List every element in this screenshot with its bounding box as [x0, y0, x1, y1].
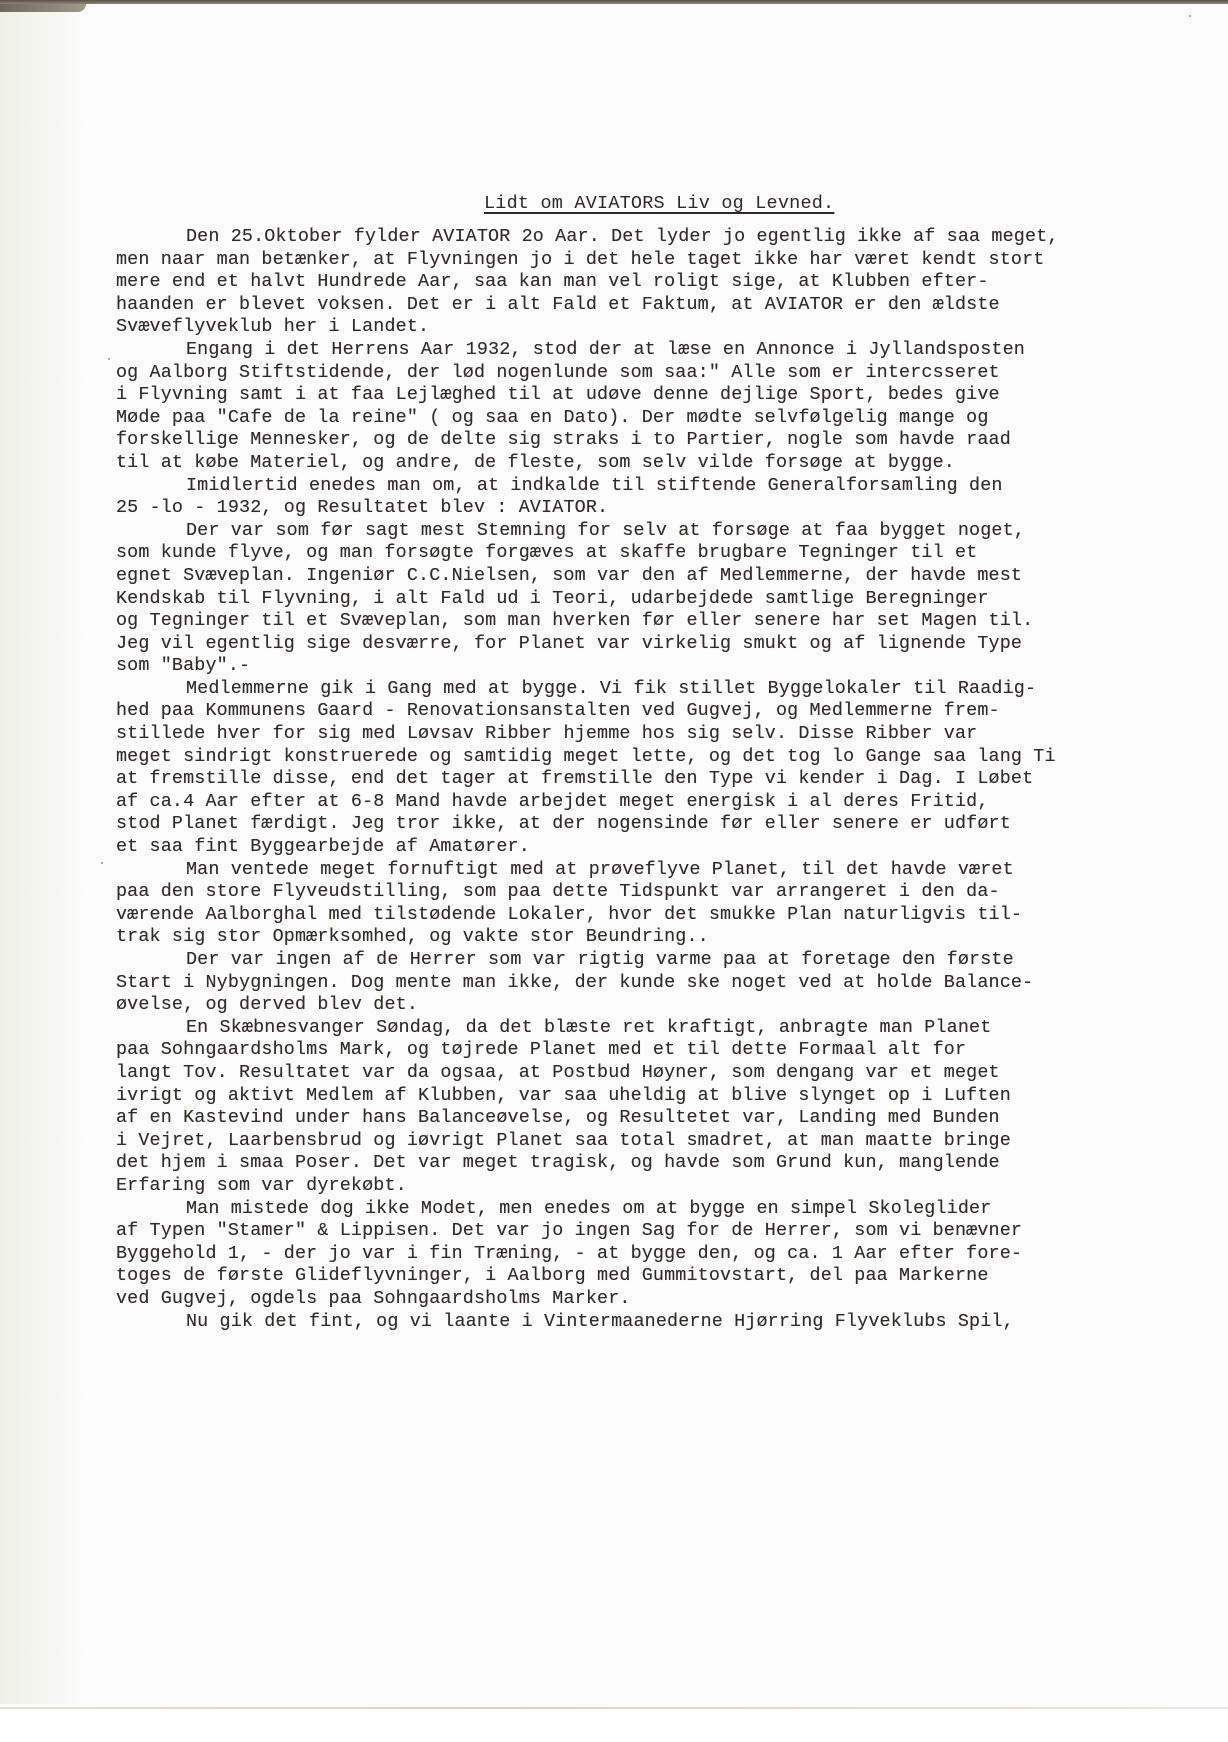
scan-speck: [1189, 15, 1191, 17]
text-line: toges de første Glideflyvninger, i Aalbo…: [116, 1265, 1228, 1288]
scan-speck: [101, 862, 103, 864]
text-line: øvelse, og derved blev det.: [116, 994, 1228, 1017]
scanner-background: [0, 1709, 1228, 1742]
text-line: og Aalborg Stiftstidende, der lød nogenl…: [116, 362, 1228, 385]
text-line: i Flyvning samt i at faa Lejlæghed til a…: [116, 384, 1228, 407]
text-line: egnet Svæveplan. Ingeniør C.C.Nielsen, s…: [116, 565, 1228, 588]
text-line: 25 -lo - 1932, og Resultatet blev : AVIA…: [116, 497, 1228, 520]
text-line: værende Aalborghal med tilstødende Lokal…: [116, 904, 1228, 927]
text-line: Møde paa "Cafe de la reine" ( og saa en …: [116, 407, 1228, 430]
paragraph-first-line: En Skæbnesvanger Søndag, da det blæste r…: [116, 1017, 1228, 1040]
text-line: Kendskab til Flyvning, i alt Fald ud i T…: [116, 588, 1228, 611]
text-line: Svæveflyveklub her i Landet.: [116, 316, 1228, 339]
text-line: som kunde flyve, og man forsøgte forgæve…: [116, 542, 1228, 565]
text-line: ivrigt og aktivt Medlem af Klubben, var …: [116, 1085, 1228, 1108]
paragraph-first-line: Der var ingen af de Herrer som var rigti…: [116, 949, 1228, 972]
paragraph-first-line: Nu gik det fint, og vi laante i Vinterma…: [116, 1311, 1228, 1334]
text-line: Jeg vil egentlig sige desværre, for Plan…: [116, 633, 1228, 656]
text-line: og Tegninger til et Svæveplan, som man h…: [116, 610, 1228, 633]
text-line: at fremstille disse, end det tager at fr…: [116, 768, 1228, 791]
text-line: haanden er blevet voksen. Det er i alt F…: [116, 294, 1228, 317]
paragraph-first-line: Den 25.Oktober fylder AVIATOR 2o Aar. De…: [116, 226, 1228, 249]
text-line: af en Kastevind under hans Balanceøvelse…: [116, 1107, 1228, 1130]
paragraph-first-line: Medlemmerne gik i Gang med at bygge. Vi …: [116, 678, 1228, 701]
paragraph-first-line: Imidlertid enedes man om, at indkalde ti…: [116, 475, 1228, 498]
document-title: Lidt om AVIATORS Liv og Levned.: [484, 193, 834, 214]
text-line: trak sig stor Opmærksomhed, og vakte sto…: [116, 926, 1228, 949]
text-line: det hjem i smaa Poser. Det var meget tra…: [116, 1152, 1228, 1175]
text-line: men naar man betænker, at Flyvningen jo …: [116, 249, 1228, 272]
text-line: af ca.4 Aar efter at 6-8 Mand havde arbe…: [116, 791, 1228, 814]
text-line: Erfaring som var dyrekøbt.: [116, 1175, 1228, 1198]
text-line: stod Planet færdigt. Jeg tror ikke, at d…: [116, 813, 1228, 836]
text-line: mere end et halvt Hundrede Aar, saa kan …: [116, 271, 1228, 294]
text-line: Start i Nybygningen. Dog mente man ikke,…: [116, 972, 1228, 995]
text-line: i Vejret, Laarbensbrud og iøvrigt Planet…: [116, 1130, 1228, 1153]
text-line: af Typen "Stamer" & Lippisen. Det var jo…: [116, 1220, 1228, 1243]
text-line: langt Tov. Resultatet var da ogsaa, at P…: [116, 1062, 1228, 1085]
text-line: som "Baby".-: [116, 655, 1228, 678]
paragraph-first-line: Engang i det Herrens Aar 1932, stod der …: [116, 339, 1228, 362]
text-line: hed paa Kommunens Gaard - Renovationsans…: [116, 700, 1228, 723]
text-line: Byggehold 1, - der jo var i fin Træning,…: [116, 1243, 1228, 1266]
text-line: til at købe Materiel, og andre, de flest…: [116, 452, 1228, 475]
text-line: meget sindrigt konstruerede og samtidig …: [116, 746, 1228, 769]
text-line: stillede hver for sig med Løvsav Ribber …: [116, 723, 1228, 746]
text-line: paa den store Flyveudstilling, som paa d…: [116, 881, 1228, 904]
text-line: forskellige Mennesker, og de delte sig s…: [116, 429, 1228, 452]
paragraph-first-line: Man mistede dog ikke Modet, men enedes o…: [116, 1198, 1228, 1221]
text-line: paa Sohngaardsholms Mark, og tøjrede Pla…: [116, 1039, 1228, 1062]
paragraph-first-line: Der var som før sagt mest Stemning for s…: [116, 520, 1228, 543]
typewritten-page: Lidt om AVIATORS Liv og Levned. Den 25.O…: [0, 0, 1228, 1705]
paragraph-first-line: Man ventede meget fornuftigt med at prøv…: [116, 859, 1228, 882]
text-line: ved Gugvej, ogdels paa Sohngaardsholms M…: [116, 1288, 1228, 1311]
text-line: et saa fint Byggearbejde af Amatører.: [116, 836, 1228, 859]
document-body: Den 25.Oktober fylder AVIATOR 2o Aar. De…: [116, 226, 1228, 1333]
scan-speck: [108, 358, 110, 360]
